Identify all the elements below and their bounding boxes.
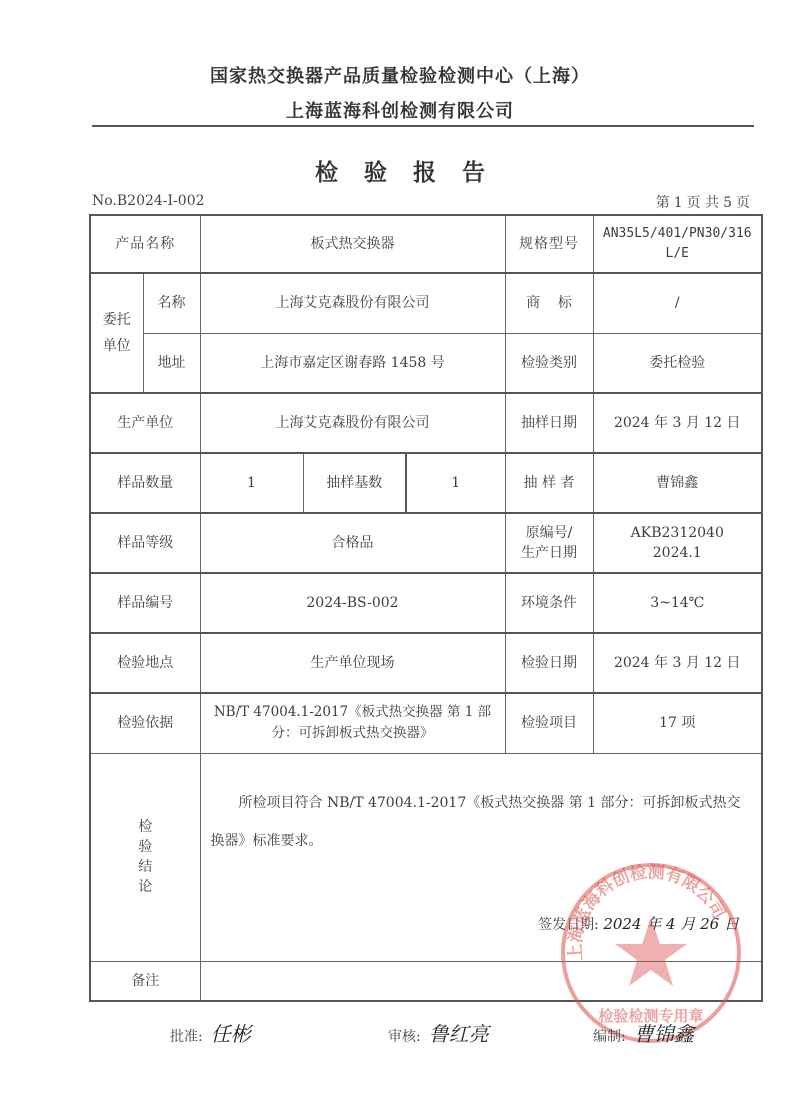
env-label: 环境条件 xyxy=(505,573,593,633)
client-label: 委托单位 xyxy=(90,273,143,393)
issue-date-label: 签发日期: xyxy=(538,917,599,933)
sampling-date-label: 抽样日期 xyxy=(505,393,593,453)
issue-date: 签发日期: 2024 年 4 月 26 日 xyxy=(538,914,739,935)
remarks-value xyxy=(200,961,762,1001)
row-client-name: 委托单位 名称 上海艾克森股份有限公司 商 标 / xyxy=(90,273,762,333)
remarks-label: 备注 xyxy=(90,961,200,1001)
env-value: 3~14℃ xyxy=(593,573,762,633)
sample-qty-value: 1 xyxy=(200,453,303,513)
trademark-label: 商 标 xyxy=(505,273,593,333)
issue-date-value: 2024 年 4 月 26 日 xyxy=(603,915,739,933)
orig-no-text: AKB2312040 xyxy=(598,523,758,543)
page-mid: 页 共 xyxy=(687,195,719,211)
client-addr-label: 地址 xyxy=(143,333,200,393)
manufacturer-value: 上海艾克森股份有限公司 xyxy=(200,393,505,453)
row-manufacturer: 生产单位 上海艾克森股份有限公司 抽样日期 2024 年 3 月 12 日 xyxy=(90,393,762,453)
inspection-type-value: 委托检验 xyxy=(593,333,762,393)
client-addr-value: 上海市嘉定区谢春路 1458 号 xyxy=(200,333,505,393)
sampling-base-label: 抽样基数 xyxy=(303,453,406,513)
inspection-date-label: 检验日期 xyxy=(505,633,593,693)
row-remarks: 备注 xyxy=(90,961,762,1001)
conclusion-label-char: 验 xyxy=(95,837,196,857)
review-signature: 鲁红亮 xyxy=(429,1022,489,1046)
sample-grade-label: 样品等级 xyxy=(90,513,200,573)
client-name-label: 名称 xyxy=(143,273,200,333)
client-name-value: 上海艾克森股份有限公司 xyxy=(200,273,505,333)
row-client-address: 地址 上海市嘉定区谢春路 1458 号 检验类别 委托检验 xyxy=(90,333,762,393)
sample-grade-value: 合格品 xyxy=(200,513,505,573)
header-divider xyxy=(92,125,754,127)
compile-label: 编制: xyxy=(593,1029,626,1045)
location-label: 检验地点 xyxy=(90,633,200,693)
inspection-date-value: 2024 年 3 月 12 日 xyxy=(593,633,762,693)
model-value: AN35L5/401/PN30/316L/E xyxy=(593,215,762,273)
client-label-text: 委托单位 xyxy=(102,307,132,359)
sampler-label: 抽 样 者 xyxy=(505,453,593,513)
org-name-line2: 上海蓝海科创检测有限公司 xyxy=(0,97,800,123)
orig-no-label-line1: 原编号/ xyxy=(510,523,589,543)
orig-no-label-line2: 生产日期 xyxy=(510,543,589,563)
orig-no-value: AKB2312040 2024.1 xyxy=(593,513,762,573)
row-sample-no: 样品编号 2024-BS-002 环境条件 3~14℃ xyxy=(90,573,762,633)
approve-block: 批准:任彬 xyxy=(170,1018,251,1047)
items-label: 检验项目 xyxy=(505,693,593,753)
sampler-value: 曹锦鑫 xyxy=(593,453,762,513)
items-value: 17 项 xyxy=(593,693,762,753)
inspection-type-label: 检验类别 xyxy=(505,333,593,393)
model-label: 规格型号 xyxy=(505,215,593,273)
page-prefix: 第 xyxy=(656,195,670,211)
sampling-date-value: 2024 年 3 月 12 日 xyxy=(593,393,762,453)
approve-label: 批准: xyxy=(170,1029,203,1045)
sample-no-label: 样品编号 xyxy=(90,573,200,633)
conclusion-label-char: 论 xyxy=(95,877,196,897)
conclusion-label: 检 验 结 论 xyxy=(90,753,200,961)
sample-no-value: 2024-BS-002 xyxy=(200,573,505,633)
signature-footer: 批准:任彬 审核:鲁红亮 编制:曹锦鑫 xyxy=(0,1012,800,1072)
sampling-base-value: 1 xyxy=(406,453,505,513)
prod-date-text: 2024.1 xyxy=(598,543,758,563)
product-name-value: 板式热交换器 xyxy=(200,215,505,273)
row-sample-grade: 样品等级 合格品 原编号/ 生产日期 AKB2312040 2024.1 xyxy=(90,513,762,573)
conclusion-text: 所检项目符合 NB/T 47004.1-2017《板式热交换器 第 1 部分：可… xyxy=(205,754,758,860)
trademark-value: / xyxy=(593,273,762,333)
conclusion-label-char: 检 xyxy=(95,817,196,837)
row-conclusion: 检 验 结 论 所检项目符合 NB/T 47004.1-2017《板式热交换器 … xyxy=(90,753,762,961)
sample-qty-label: 样品数量 xyxy=(90,453,200,513)
row-sample-qty: 样品数量 1 抽样基数 1 抽 样 者 曹锦鑫 xyxy=(90,453,762,513)
report-number: No.B2024-I-002 xyxy=(92,193,205,209)
page-total: 5 xyxy=(723,195,732,211)
product-name-label: 产品名称 xyxy=(90,215,200,273)
compile-signature: 曹锦鑫 xyxy=(634,1022,694,1046)
report-title: 检验报告 xyxy=(0,154,800,187)
approve-signature: 任彬 xyxy=(211,1022,251,1046)
row-product-name: 产品名称 板式热交换器 规格型号 AN35L5/401/PN30/316L/E xyxy=(90,215,762,273)
compile-block: 编制:曹锦鑫 xyxy=(593,1018,694,1047)
location-value: 生产单位现场 xyxy=(200,633,505,693)
row-basis: 检验依据 NB/T 47004.1-2017《板式热交换器 第 1 部分：可拆卸… xyxy=(90,693,762,753)
page-current: 1 xyxy=(674,195,683,211)
basis-value: NB/T 47004.1-2017《板式热交换器 第 1 部分：可拆卸板式热交换… xyxy=(200,693,505,753)
report-table: 产品名称 板式热交换器 规格型号 AN35L5/401/PN30/316L/E … xyxy=(89,214,763,1002)
review-label: 审核: xyxy=(388,1029,421,1045)
manufacturer-label: 生产单位 xyxy=(90,393,200,453)
page-indicator: 第1页 共5页 xyxy=(652,192,750,212)
conclusion-cell: 所检项目符合 NB/T 47004.1-2017《板式热交换器 第 1 部分：可… xyxy=(200,753,762,961)
basis-label: 检验依据 xyxy=(90,693,200,753)
row-location: 检验地点 生产单位现场 检验日期 2024 年 3 月 12 日 xyxy=(90,633,762,693)
review-block: 审核:鲁红亮 xyxy=(388,1018,489,1047)
page-suffix: 页 xyxy=(736,195,750,211)
org-name-line1: 国家热交换器产品质量检验检测中心（上海） xyxy=(0,62,800,88)
orig-no-label: 原编号/ 生产日期 xyxy=(505,513,593,573)
conclusion-label-char: 结 xyxy=(95,857,196,877)
